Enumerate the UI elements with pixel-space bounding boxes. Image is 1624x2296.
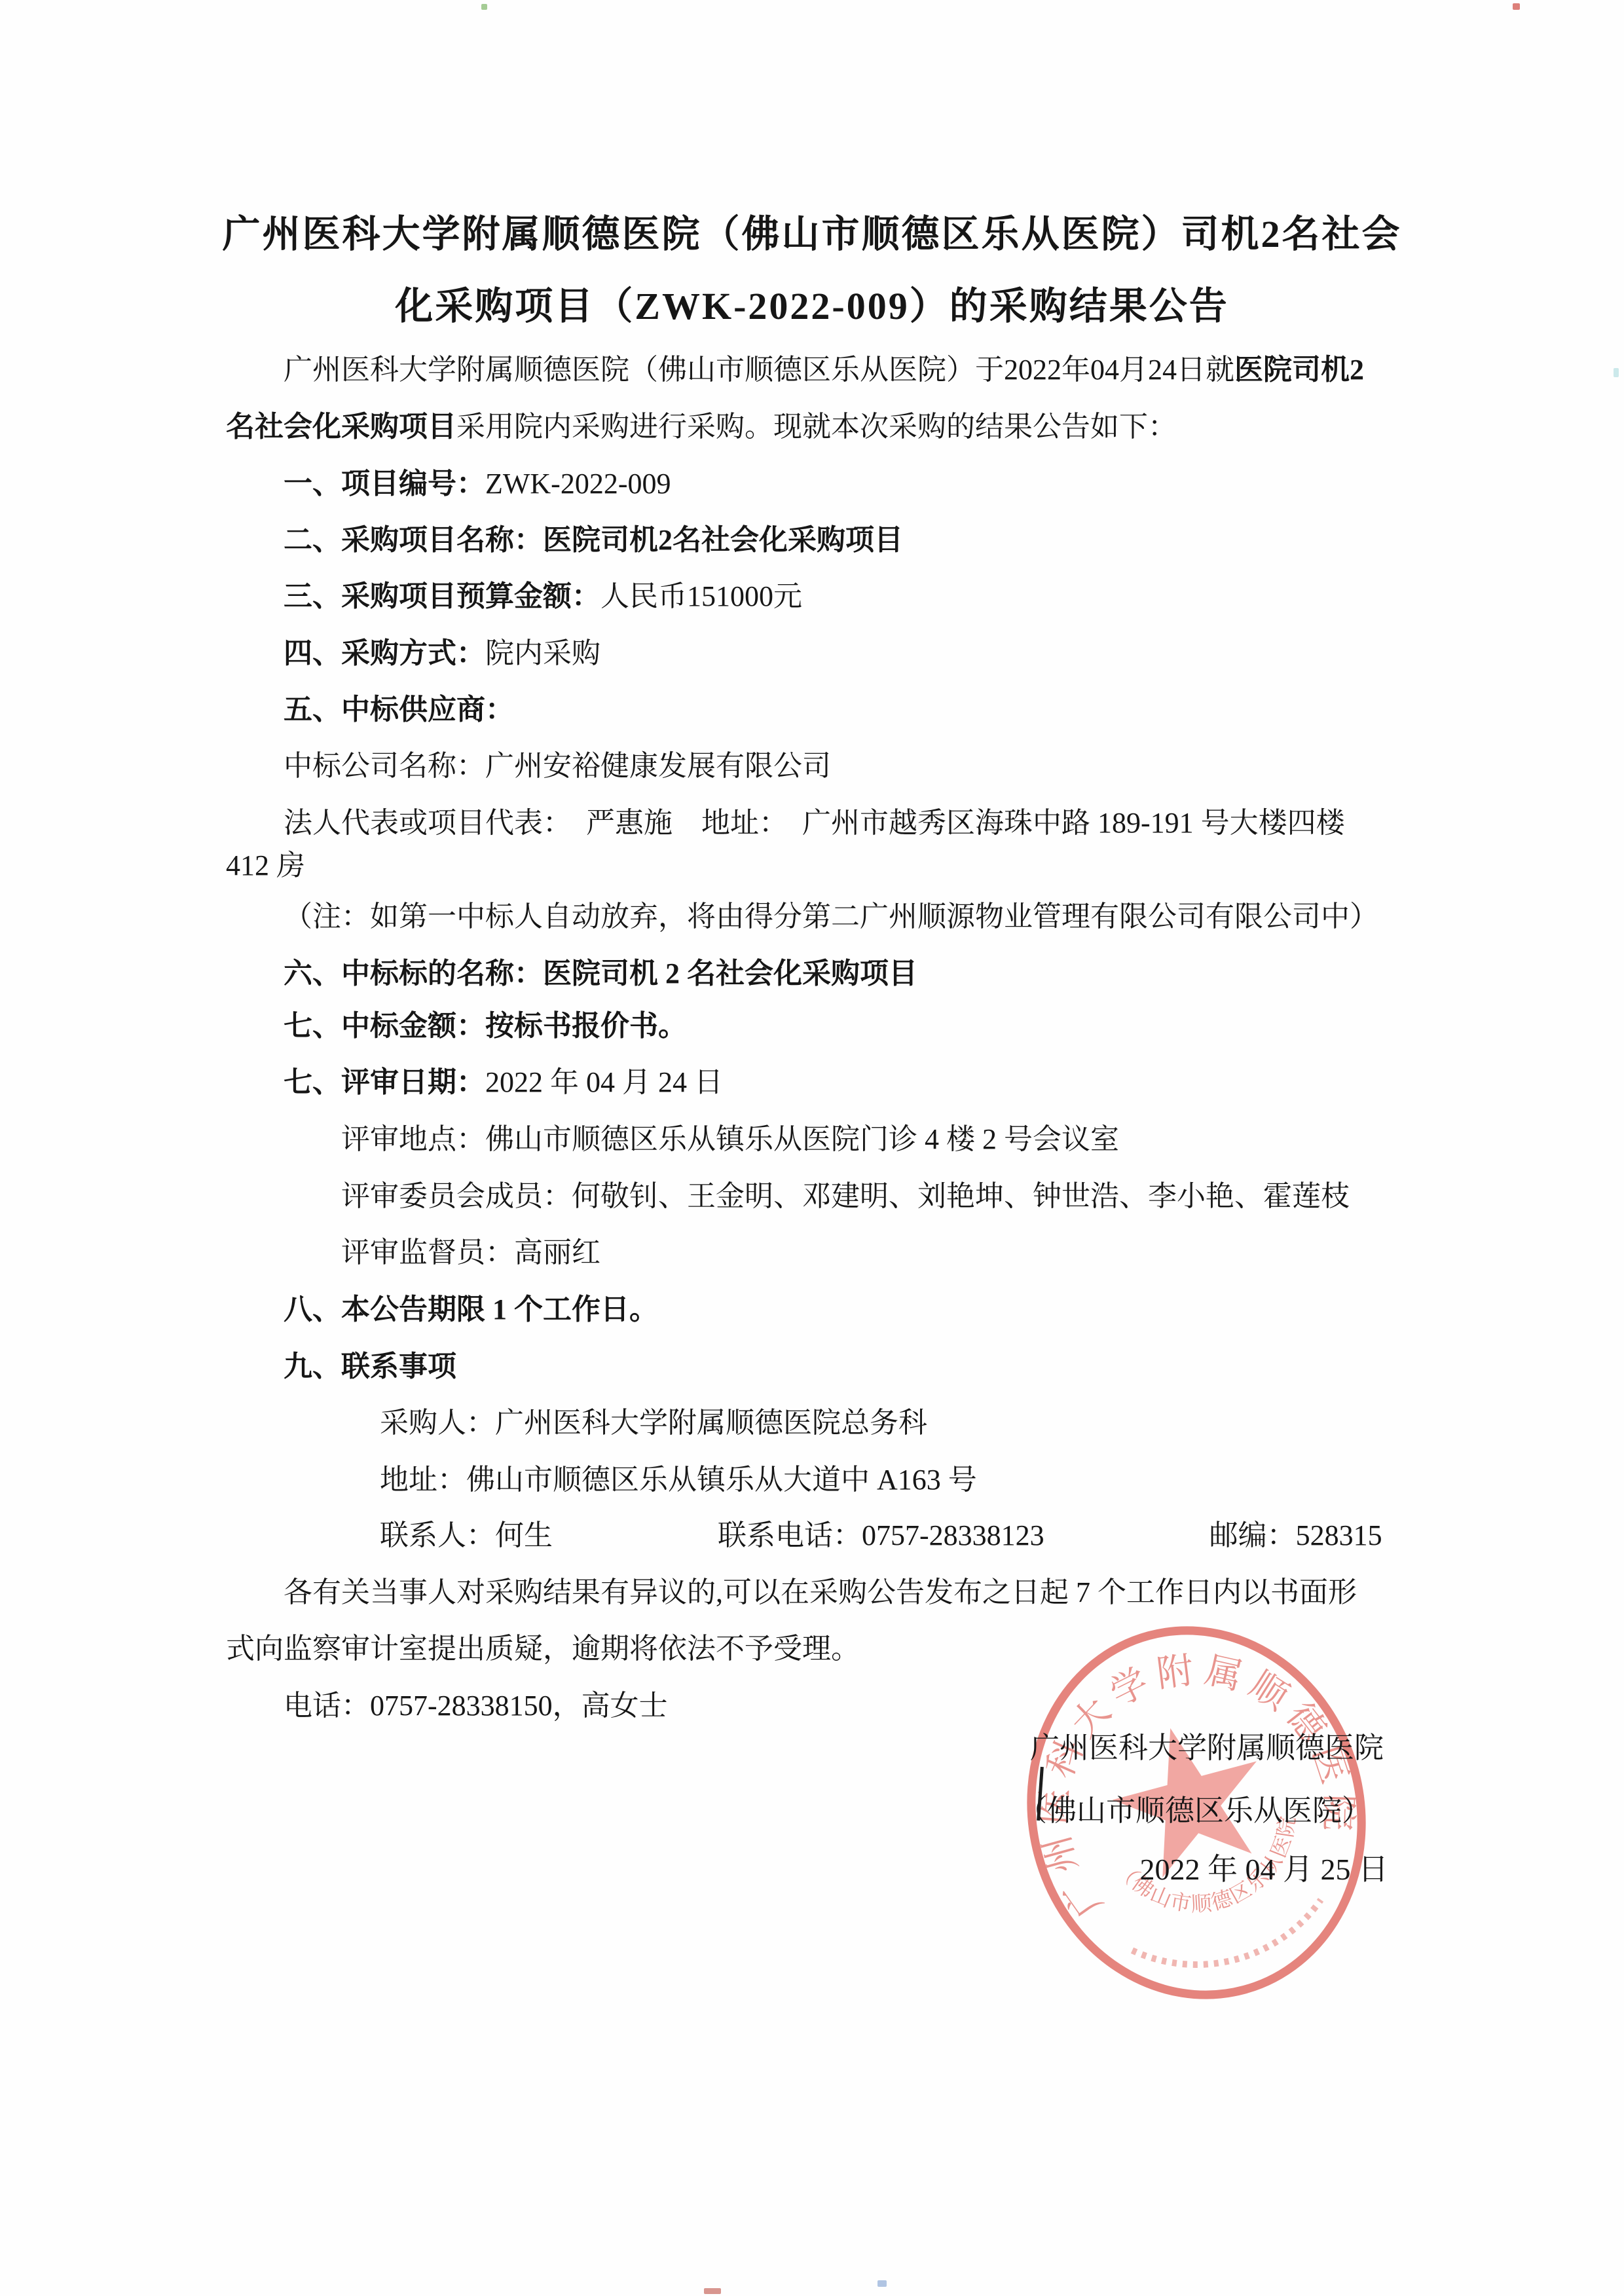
text-line: 七、评审日期：2022 年 04 月 24 日	[226, 1062, 1456, 1103]
text-segment: 412 房	[226, 849, 305, 881]
scan-artifact	[481, 4, 487, 10]
text-line: 广州医科大学附属顺德医院（佛山市顺德区乐从医院）于2022年04月24日就医院司…	[226, 349, 1456, 391]
text-segment: 八、本公告期限 1 个工作日。	[284, 1293, 658, 1325]
text-segment: 二、采购项目名称：医院司机2名社会化采购项目	[284, 524, 903, 556]
text-segment: 七、中标金额：按标书报价书。	[284, 1010, 687, 1042]
document-page: 广州医科大学附属顺德医院（佛山市顺德区乐从医院）司机2名社会 化采购项目（ZWK…	[0, 0, 1624, 2296]
text-line: 中标公司名称：广州安裕健康发展有限公司	[226, 745, 1456, 787]
text-segment: 七、评审日期：	[284, 1066, 485, 1098]
text-segment: 院内采购	[485, 637, 600, 669]
text-segment: ZWK-2022-009	[485, 468, 671, 500]
text-line: 五、中标供应商：	[226, 689, 1456, 731]
text-line: 七、中标金额：按标书报价书。	[226, 1005, 1456, 1047]
text-segment: 电话：0757-28338150，高女士	[284, 1690, 668, 1722]
text-segment: 联系电话：0757-28338123	[718, 1519, 1044, 1551]
text-segment: 人民币151000元	[600, 580, 802, 612]
text-line: 三、采购项目预算金额：人民币151000元	[226, 576, 1456, 618]
text-segment: 联系人：何生	[380, 1519, 553, 1551]
text-line: 四、采购方式：院内采购	[226, 633, 1456, 675]
text-line: 评审委员会成员：何敬钊、王金明、邓建明、刘艳坤、钟世浩、李小艳、霍莲枝	[226, 1176, 1513, 1217]
text-line: 采购人：广州医科大学附属顺德医院总务科	[226, 1402, 1552, 1444]
text-line: 法人代表或项目代表： 严惠施 地址： 广州市越秀区海珠中路 189-191 号大…	[226, 802, 1456, 844]
text-line: 联系人：何生联系电话：0757-28338123邮编：528315	[226, 1515, 1552, 1557]
text-segment: 式向监察审计室提出质疑，逾期将依法不予受理。	[226, 1633, 860, 1665]
text-line: 名社会化采购项目采用院内采购进行采购。现就本次采购的结果公告如下：	[226, 406, 1398, 448]
text-segment: 采购人：广州医科大学附属顺德医院总务科	[380, 1407, 927, 1439]
text-segment: 中标公司名称：广州安裕健康发展有限公司	[284, 750, 831, 782]
text-line: 地址：佛山市顺德区乐从镇乐从大道中 A163 号	[226, 1459, 1552, 1501]
text-line: 各有关当事人对采购结果有异议的,可以在采购公告发布之日起 7 个工作日内以书面形	[226, 1572, 1456, 1614]
text-segment: 广州医科大学附属顺德医院（佛山市顺德区乐从医院）于2022年04月24日就	[284, 354, 1234, 386]
text-segment: 九、联系事项	[284, 1350, 456, 1382]
text-segment: 2022 年 04 月 24 日	[485, 1066, 723, 1098]
text-segment: 地址：佛山市顺德区乐从镇乐从大道中 A163 号	[380, 1464, 977, 1496]
text-segment: 五、中标供应商：	[284, 694, 514, 726]
text-line: 评审地点：佛山市顺德区乐从镇乐从医院门诊 4 楼 2 号会议室	[226, 1119, 1513, 1160]
text-line: 二、采购项目名称：医院司机2名社会化采购项目	[226, 519, 1456, 561]
text-line: 九、联系事项	[226, 1346, 1456, 1388]
text-segment: 一、项目编号：	[284, 468, 485, 500]
text-line: 一、项目编号：ZWK-2022-009	[226, 463, 1456, 505]
text-segment: 邮编：528315	[1209, 1519, 1382, 1551]
scan-artifact	[877, 2280, 887, 2287]
text-line: 412 房	[226, 845, 1398, 887]
text-segment: 评审监督员：高丽红	[341, 1236, 600, 1268]
footer-org-name-2: （佛山市顺德区乐从医院）	[1018, 1790, 1371, 1832]
text-segment: 名社会化采购项目	[226, 411, 456, 443]
scan-artifact	[704, 2288, 721, 2294]
text-segment: 评审地点：佛山市顺德区乐从镇乐从医院门诊 4 楼 2 号会议室	[341, 1123, 1119, 1155]
text-segment: 四、采购方式：	[284, 637, 485, 669]
scan-artifact	[1513, 3, 1520, 10]
text-line: 评审监督员：高丽红	[226, 1232, 1513, 1274]
footer-org-name: 广州医科大学附属顺德医院	[1030, 1727, 1384, 1769]
text-line: 八、本公告期限 1 个工作日。	[226, 1289, 1456, 1331]
text-segment: 医院司机2	[1234, 354, 1364, 386]
text-segment: （注：如第一中标人自动放弃，将由得分第二广州顺源物业管理有限公司有限公司中）	[284, 900, 1378, 933]
text-segment: 三、采购项目预算金额：	[284, 580, 600, 612]
scan-artifact	[1614, 368, 1619, 377]
text-segment: 六、中标标的名称：医院司机 2 名社会化采购项目	[284, 957, 917, 990]
footer-date: 2022 年 04 月 25 日	[1140, 1849, 1389, 1891]
text-segment: 法人代表或项目代表： 严惠施 地址： 广州市越秀区海珠中路 189-191 号大…	[284, 807, 1345, 839]
text-line: （注：如第一中标人自动放弃，将由得分第二广州顺源物业管理有限公司有限公司中）	[226, 896, 1456, 938]
text-line: 六、中标标的名称：医院司机 2 名社会化采购项目	[226, 953, 1456, 995]
text-segment: 采用院内采购进行采购。现就本次采购的结果公告如下：	[456, 411, 1177, 443]
text-segment: 各有关当事人对采购结果有异议的,可以在采购公告发布之日起 7 个工作日内以书面形	[284, 1576, 1357, 1608]
text-segment: 评审委员会成员：何敬钊、王金明、邓建明、刘艳坤、钟世浩、李小艳、霍莲枝	[341, 1180, 1350, 1212]
stamp-serial-marks	[1132, 1900, 1330, 1985]
